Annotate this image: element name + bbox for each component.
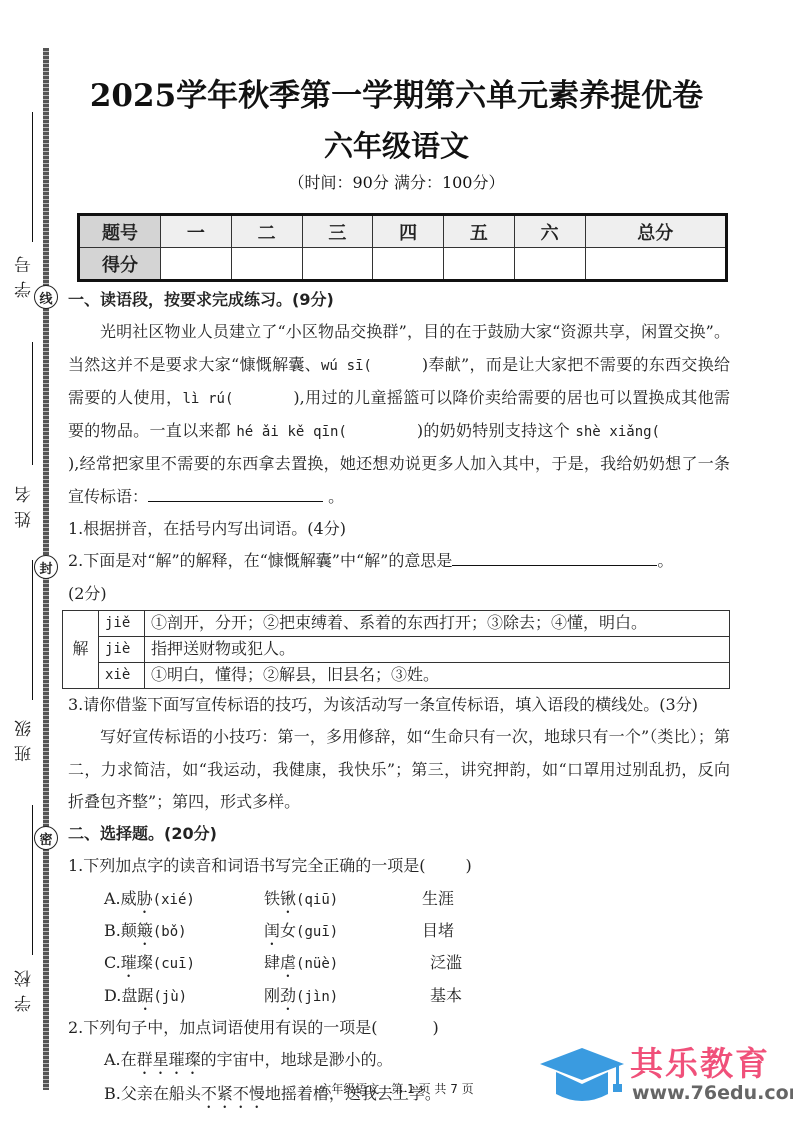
section2-heading: 二、选择题。(20分) — [68, 818, 730, 850]
score-col-4: 四 — [373, 215, 444, 248]
seal-xian: 线 — [34, 285, 58, 309]
score-header-label: 题号 — [79, 215, 161, 248]
watermark-brand: 其乐教育 — [630, 1038, 770, 1085]
score-col-1: 一 — [161, 215, 232, 248]
score-col-2: 二 — [231, 215, 302, 248]
option-b[interactable]: B.颠簸(bǒ) 闺女(guī) 目堵 — [68, 915, 730, 947]
watermark-logo: 其乐教育 www.76edu.com — [540, 1038, 793, 1116]
exam-subtitle: 六年级语文 — [0, 124, 793, 165]
school-line — [32, 805, 33, 955]
def-pinyin: jiè — [99, 636, 145, 662]
question-1-2: 2.下面是对“解”的解释，在“慷慨解囊”中“解”的意思是。 — [68, 545, 730, 577]
question-1-3: 3.请你借鉴下面写宣传标语的技巧，为该活动写一条宣传标语，填入语段的横线处。(3… — [68, 689, 730, 721]
score-cell[interactable] — [302, 248, 373, 281]
question-2-1: 1.下列加点字的读音和词语书写完全正确的一项是() — [68, 850, 730, 882]
answer-blank[interactable] — [347, 418, 417, 436]
class-line — [32, 560, 33, 700]
definition-table: 解 jiě ①剖开，分开；②把束缚着、系着的东西打开；③除去；④懂，明白。 ji… — [62, 610, 730, 689]
pinyin-liru: lì rú( — [182, 391, 233, 407]
section1-heading: 一、读语段，按要求完成练习。(9分) — [68, 284, 730, 316]
pinyin-shexiang: shè xiǎng( — [575, 424, 660, 440]
seal-mi: 密 — [34, 826, 58, 850]
slogan-blank[interactable] — [148, 484, 323, 502]
def-char: 解 — [63, 610, 99, 688]
def-meaning: 指押送财物或犯人。 — [145, 636, 730, 662]
pinyin-heaikeqin: hé ǎi kě qī — [236, 424, 330, 440]
exam-content: 一、读语段，按要求完成练习。(9分) 光明社区物业人员建立了“小区物品交换群”，… — [68, 284, 730, 1112]
reading-passage: 光明社区物业人员建立了“小区物品交换群”，目的在于鼓励大家“资源共享，闲置交换”… — [68, 316, 730, 513]
score-cell[interactable] — [585, 248, 727, 281]
option-d[interactable]: D.盘踞(jù) 刚劲(jìn) 基本 — [68, 980, 730, 1012]
name-label: 姓名 — [12, 478, 37, 528]
def-meaning: ①剖开，分开；②把束缚着、系着的东西打开；③除去；④懂，明白。 — [145, 610, 730, 636]
def-pinyin: xiè — [99, 662, 145, 688]
score-cell[interactable] — [373, 248, 444, 281]
graduation-cap-icon — [540, 1042, 630, 1112]
name-line — [32, 342, 33, 465]
exam-title: 2025学年秋季第一学期第六单元素养提优卷 — [0, 70, 793, 115]
score-col-3: 三 — [302, 215, 373, 248]
answer-blank[interactable] — [233, 385, 293, 403]
exam-meta: （时间：90分 满分：100分） — [0, 170, 793, 193]
score-cell[interactable] — [161, 248, 232, 281]
score-col-6: 六 — [514, 215, 585, 248]
score-cell[interactable] — [444, 248, 515, 281]
meaning-blank[interactable] — [452, 548, 657, 566]
question-1-2-points: (2分) — [68, 578, 730, 610]
score-cell[interactable] — [514, 248, 585, 281]
student-id-label: 学号 — [12, 248, 37, 298]
school-label: 学校 — [12, 962, 37, 1012]
def-pinyin: jiě — [99, 610, 145, 636]
def-meaning: ①明白，懂得；②解县，旧县名；③姓。 — [145, 662, 730, 688]
class-label: 班级 — [12, 712, 37, 762]
score-col-5: 五 — [444, 215, 515, 248]
score-col-total: 总分 — [585, 215, 727, 248]
answer-blank[interactable] — [660, 418, 730, 436]
option-a[interactable]: A.威胁(xié) 铁锹(qiū) 生涯 — [68, 883, 730, 915]
answer-blank[interactable] — [372, 352, 422, 370]
pinyin-wusi: wú sī( — [321, 358, 372, 374]
score-row-label: 得分 — [79, 248, 161, 281]
watermark-url: www.76edu.com — [632, 1082, 793, 1104]
question-1-1: 1.根据拼音，在括号内写出词语。(4分) — [68, 513, 730, 545]
slogan-tips: 写好宣传标语的小技巧：第一，多用修辞，如“生命只有一次，地球只有一个”（类比）；… — [68, 721, 730, 818]
score-table: 题号 一 二 三 四 五 六 总分 得分 — [77, 213, 728, 282]
option-c[interactable]: C.璀璨(cuī) 肆虐(nüè) 泛滥 — [68, 947, 730, 979]
score-cell[interactable] — [231, 248, 302, 281]
seal-feng: 封 — [34, 555, 58, 579]
